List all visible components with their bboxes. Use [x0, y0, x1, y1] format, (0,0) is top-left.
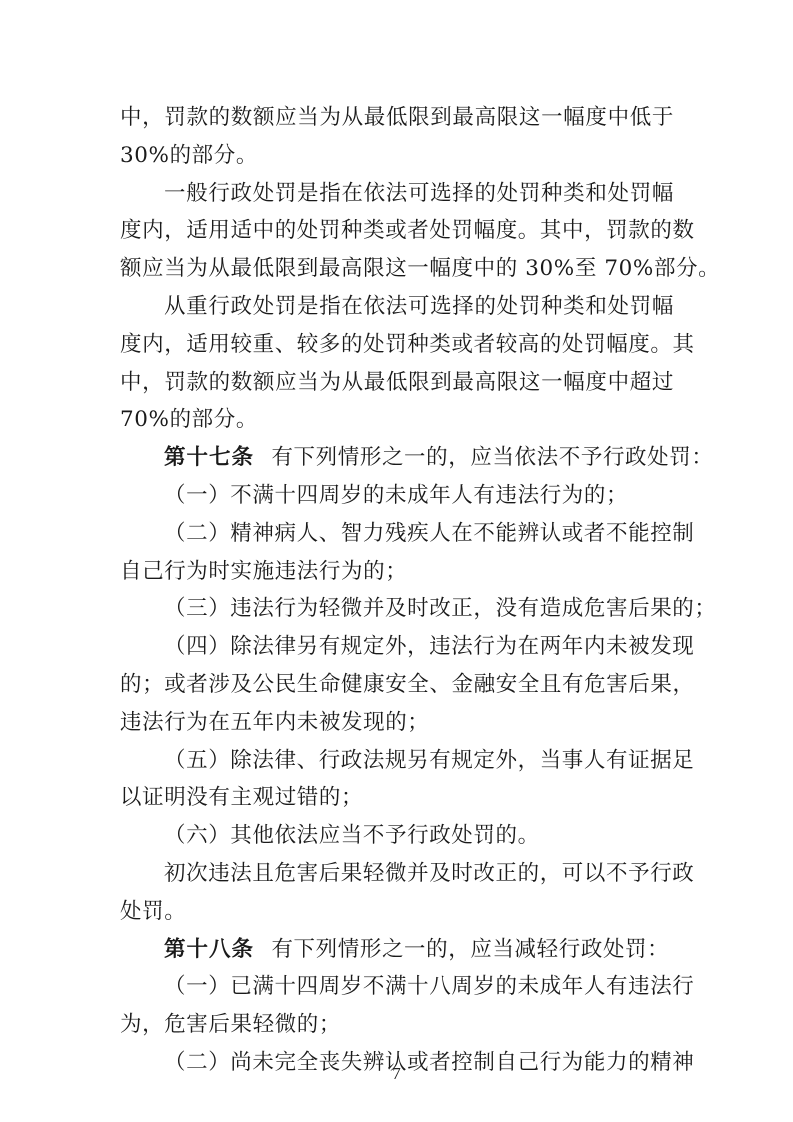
text-line: 自己行为时实施违法行为的； [120, 553, 674, 591]
text-line: 中，罚款的数额应当为从最低限到最高限这一幅度中超过 [120, 364, 674, 402]
article-17-intro: 有下列情形之一的，应当依法不予行政处罚： [271, 445, 713, 470]
text-line: 度内，适用较重、较多的处罚种类或者较高的处罚幅度。其 [120, 326, 674, 364]
text-line: （一）不满十四周岁的未成年人有违法行为的； [120, 477, 674, 515]
text-line: （三）违法行为轻微并及时改正，没有造成危害后果的； [120, 590, 674, 628]
article-17-heading-line: 第十七条 有下列情形之一的，应当依法不予行政处罚： [120, 439, 674, 477]
text-line: 70%的部分。 [120, 401, 674, 439]
text-line: 违法行为在五年内未被发现的； [120, 704, 674, 742]
text-line: 处罚。 [120, 893, 674, 931]
text-line: 初次违法且危害后果轻微并及时改正的，可以不予行政 [120, 855, 674, 893]
text-line: 中，罚款的数额应当为从最低限到最高限这一幅度中低于 [120, 99, 674, 137]
text-line: 的；或者涉及公民生命健康安全、金融安全且有危害后果， [120, 666, 674, 704]
text-line: （五）除法律、行政法规另有规定外，当事人有证据足 [120, 742, 674, 780]
text-line: （六）其他依法应当不予行政处罚的。 [120, 817, 674, 855]
text-line: （四）除法律另有规定外，违法行为在两年内未被发现 [120, 628, 674, 666]
page-number: 7 [0, 1064, 793, 1084]
text-line: 额应当为从最低限到最高限这一幅度中的 30%至 70%部分。 [120, 250, 674, 288]
document-body: 中，罚款的数额应当为从最低限到最高限这一幅度中低于 30%的部分。 一般行政处罚… [120, 99, 674, 1082]
text-line: 为，危害后果轻微的； [120, 1006, 674, 1044]
article-18-heading-line: 第十八条 有下列情形之一的，应当减轻行政处罚： [120, 931, 674, 969]
text-line: （二）精神病人、智力残疾人在不能辨认或者不能控制 [120, 515, 674, 553]
text-line: 30%的部分。 [120, 137, 674, 175]
article-17-title: 第十七条 [164, 445, 254, 470]
text-line: 一般行政处罚是指在依法可选择的处罚种类和处罚幅 [120, 175, 674, 213]
article-18-title: 第十八条 [164, 937, 254, 962]
text-line: （一）已满十四周岁不满十八周岁的未成年人有违法行 [120, 968, 674, 1006]
article-18-intro: 有下列情形之一的，应当减轻行政处罚： [271, 937, 669, 962]
text-line: 度内，适用适中的处罚种类或者处罚幅度。其中，罚款的数 [120, 212, 674, 250]
text-line: 以证明没有主观过错的； [120, 779, 674, 817]
text-line: 从重行政处罚是指在依法可选择的处罚种类和处罚幅 [120, 288, 674, 326]
